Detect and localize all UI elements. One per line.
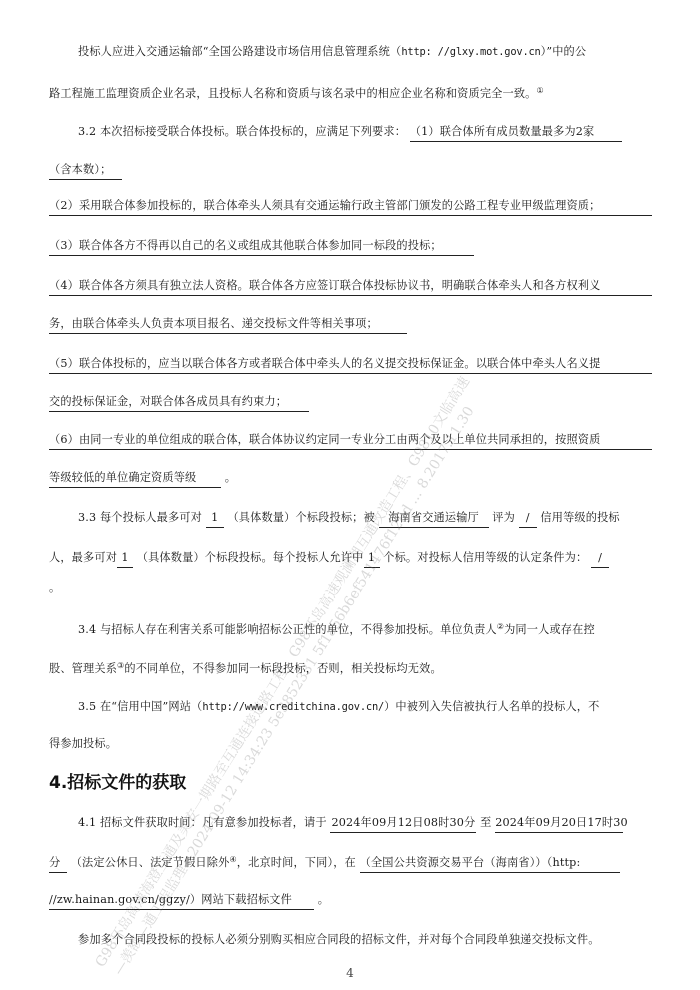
para-4-1-line1: 4.1 招标文件获取时间：凡有意参加投标者，请于 2024年09月12日08时3… (78, 815, 652, 833)
filled-blank-count3: 1 (364, 550, 380, 568)
text: （具体数量）个标段投标；被 (227, 511, 374, 524)
footnote-marker: ④ (229, 855, 236, 864)
para-3-3-end: 。 (49, 580, 652, 596)
filled-blank-grade: / (519, 510, 537, 528)
filled-blank-end-time: 2024年09月20日17时30 (495, 815, 623, 833)
para-3-2-req5a: （5）联合体投标的，应当以联合体各方或者联合体中牵头人的名义提交投标保证金。以联… (49, 356, 652, 374)
para-3-5-line2: 得参加投标。 (49, 736, 652, 752)
para-4-1-line3: //zw.hainan.gov.cn/ggzy/）网站下载招标文件 。 (49, 892, 652, 910)
footnote-marker: ① (537, 86, 544, 95)
text: 人，最多可对 (49, 551, 117, 564)
para-4-1-line2: 分 （法定公休日、法定节假日除外④，北京时间，下同），在 （全国公共资源交易平台… (49, 855, 652, 873)
para-3-3-line2: 人，最多可对1 （具体数量）个标段投标。每个投标人允许中1 个标。对投标人信用等… (49, 550, 652, 568)
text: 股、管理关系 (49, 662, 117, 675)
text: 评为 (492, 511, 515, 524)
text: 的不同单位，不得参加同一标段投标，否则，相关投标均无效。 (124, 662, 441, 675)
para-3-4-line1: 3.4 与招标人存在利害关系可能影响招标公正性的单位，不得参加投标。单位负责人②… (78, 622, 652, 638)
para-3-2-req4a: （4）联合体各方须具有独立法人资格。联合体各方应签订联合体投标协议书，明确联合体… (49, 278, 652, 296)
filled-blank-end-time-cont: 分 (49, 855, 67, 873)
text: ，北京时间，下同），在 (237, 856, 356, 869)
text: （具体数量）个标段投标。每个投标人允许中 (137, 551, 364, 564)
para-3-2-req4b: 务，由联合体牵头人负责本项目报名、递交投标文件等相关事项； (49, 316, 652, 334)
filled-blank-req5: （5）联合体投标的，应当以联合体各方或者联合体中牵头人的名义提交投标保证金。以联… (49, 356, 652, 374)
filled-blank-req6-cont: 等级较低的单位确定资质等级 (49, 470, 221, 488)
footnote-marker: ② (497, 622, 504, 631)
text: 3.2 本次招标接受联合体投标。联合体投标的，应满足下列要求： (78, 125, 406, 138)
filled-blank-authority: 海南省交通运输厅 (379, 510, 489, 528)
filled-blank-req6: （6）由同一专业的单位组成的联合体，联合体协议约定同一专业分工由两个及以上单位共… (49, 432, 652, 450)
para-3-2-req2: （2）采用联合体参加投标的，联合体牵头人须具有交通运输行政主管部门颁发的公路工程… (49, 198, 652, 216)
filled-blank-req5-cont: 交的投标保证金，对联合体各成员具有约束力； (49, 394, 309, 412)
para-3-1-line1: 投标人应进入交通运输部“全国公路建设市场信用信息管理系统（http: //glx… (78, 44, 652, 60)
link-creditchina[interactable]: http://www.creditchina.gov.cn/ (202, 701, 384, 713)
text: 投标人应进入交通运输部“全国公路建设市场信用信息管理系统（ (78, 45, 401, 58)
para-3-4-line2: 股、管理关系③的不同单位，不得参加同一标段投标，否则，相关投标均无效。 (49, 661, 652, 677)
filled-blank-req1: （1）联合体所有成员数量最多为2家 (410, 124, 622, 142)
para-3-2-req6b: 等级较低的单位确定资质等级 。 (49, 470, 652, 488)
para-4-2: 参加多个合同段投标的投标人必须分别购买相应合同段的招标文件，并对每个合同段单独递… (78, 932, 652, 948)
text: ）中被列入失信被执行人名单的投标人，不 (384, 700, 599, 713)
text: 路工程施工监理资质企业名录，且投标人名称和资质与该名录中的相应企业名称和资质完全… (49, 87, 537, 100)
filled-blank-platform-cont: //zw.hainan.gov.cn/ggzy/）网站下载招标文件 (49, 892, 314, 910)
filled-blank-condition: / (591, 550, 609, 568)
text: 3.4 与招标人存在利害关系可能影响招标公正性的单位，不得参加投标。单位负责人 (78, 623, 497, 636)
text: 3.5 在“信用中国”网站（ (78, 700, 202, 713)
para-3-2-req1-cont: （含本数）； (49, 162, 652, 180)
text: 信用等级的投标 (540, 511, 619, 524)
text: 。 (225, 471, 236, 484)
filled-blank-count1: 1 (206, 510, 224, 528)
para-3-2-req5b: 交的投标保证金，对联合体各成员具有约束力； (49, 394, 652, 412)
filled-blank-req3: （3）联合体各方不得再以自己的名义或组成其他联合体参加同一标段的投标； (49, 238, 474, 256)
text: 3.3 每个投标人最多可对 (78, 511, 202, 524)
para-3-2-lead: 3.2 本次招标接受联合体投标。联合体投标的，应满足下列要求： （1）联合体所有… (78, 124, 652, 142)
para-3-2-req6a: （6）由同一专业的单位组成的联合体，联合体协议约定同一专业分工由两个及以上单位共… (49, 432, 652, 450)
para-3-2-req3: （3）联合体各方不得再以自己的名义或组成其他联合体参加同一标段的投标； (49, 238, 652, 256)
text: 。 (318, 893, 329, 906)
text: 。 (49, 581, 60, 594)
text: 至 (480, 816, 491, 829)
text: 个标。对投标人信用等级的认定条件为： (383, 551, 587, 564)
filled-blank-req4: （4）联合体各方须具有独立法人资格。联合体各方应签订联合体投标协议书，明确联合体… (49, 278, 652, 296)
link-glxy[interactable]: http: //glxy.mot.gov.cn (401, 46, 540, 58)
text: 4.1 招标文件获取时间：凡有意参加投标者，请于 (78, 816, 327, 829)
page-number: 4 (0, 966, 700, 980)
para-3-3-line1: 3.3 每个投标人最多可对 1 （具体数量）个标段投标；被 海南省交通运输厅 评… (78, 510, 652, 528)
section-heading-4: 4.招标文件的获取 (49, 772, 186, 794)
text: ）”中的公 (541, 45, 587, 58)
document-page: 投标人应进入交通运输部“全国公路建设市场信用信息管理系统（http: //glx… (0, 0, 700, 990)
text: 为同一人或存在控 (504, 623, 595, 636)
filled-blank-req1-cont: （含本数）； (49, 162, 122, 180)
filled-blank-start-time: 2024年09月12日08时30分 (330, 815, 476, 833)
para-3-5-line1: 3.5 在“信用中国”网站（http://www.creditchina.gov… (78, 699, 652, 715)
text: 得参加投标。 (49, 737, 117, 750)
filled-blank-platform: （全国公共资源交易平台（海南省））（http: (360, 855, 620, 873)
para-3-1-line2: 路工程施工监理资质企业名录，且投标人名称和资质与该名录中的相应企业名称和资质完全… (49, 86, 652, 102)
text: （法定公休日、法定节假日除外 (71, 856, 230, 869)
footnote-marker: ③ (117, 661, 124, 670)
filled-blank-req4-cont: 务，由联合体牵头人负责本项目报名、递交投标文件等相关事项； (49, 316, 407, 334)
filled-blank-count2: 1 (117, 550, 133, 568)
text: 参加多个合同段投标的投标人必须分别购买相应合同段的招标文件，并对每个合同段单独递… (78, 933, 600, 946)
filled-blank-req2: （2）采用联合体参加投标的，联合体牵头人须具有交通运输行政主管部门颁发的公路工程… (49, 198, 652, 216)
